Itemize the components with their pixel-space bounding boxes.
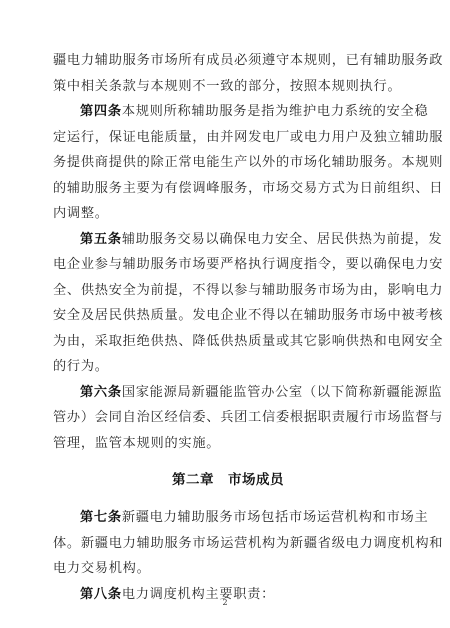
text-line: 内调整。 bbox=[53, 201, 403, 227]
page-number: 2 bbox=[0, 598, 450, 607]
text-line: 国家能源局新疆能监管办公室（以下简称新疆能源监 bbox=[122, 385, 443, 400]
text-line: 新疆电力辅助服务市场包括市场运营机构和市场主 bbox=[122, 510, 429, 525]
article-6: 第六条国家能源局新疆能监管办公室（以下简称新疆能源监 管办）会同自治区经信委、兵… bbox=[53, 380, 403, 457]
text-line: 策中相关条款与本规则不一致的部分，按照本规则执行。 bbox=[53, 74, 403, 100]
text-line: 的行为。 bbox=[53, 354, 403, 380]
text-line: 务提供商提供的除正常电能生产以外的市场化辅助服务。本规则 bbox=[53, 150, 403, 176]
text-line: 管理，监管本规则的实施。 bbox=[53, 431, 403, 457]
chapter-heading: 第二章市场成员 bbox=[53, 468, 403, 493]
chapter-title: 市场成员 bbox=[228, 472, 284, 488]
article-heading: 第五条 bbox=[80, 232, 122, 247]
text-line: 全、供热安全为前提，不得以参与辅助服务市场为由，影响电力 bbox=[53, 278, 403, 304]
text-line: 电企业参与辅助服务市场要严格执行调度指令，要以确保电力安 bbox=[53, 252, 403, 278]
article-heading: 第六条 bbox=[80, 385, 122, 400]
article-4: 第四条本规则所称辅助服务是指为维护电力系统的安全稳 定运行，保证电能质量，由并网… bbox=[53, 99, 403, 227]
text-line: 电力交易机构。 bbox=[53, 556, 403, 582]
text-line: 为由，采取拒绝供热、降低供热质量或其它影响供热和电网安全 bbox=[53, 329, 403, 355]
text-line: 疆电力辅助服务市场所有成员必须遵守本规则，已有辅助服务政 bbox=[53, 48, 403, 74]
article-heading: 第四条 bbox=[80, 104, 122, 119]
text-line: 安全及居民供热质量。发电企业不得以在辅助服务市场中被考核 bbox=[53, 303, 403, 329]
text-line: 辅助服务交易以确保电力安全、居民供热为前提，发 bbox=[122, 232, 443, 247]
text-line: 定运行，保证电能质量，由并网发电厂或电力用户及独立辅助服 bbox=[53, 125, 403, 151]
text-line: 管办）会同自治区经信委、兵团工信委根据职责履行市场监督与 bbox=[53, 405, 403, 431]
document-page: 疆电力辅助服务市场所有成员必须遵守本规则，已有辅助服务政 策中相关条款与本规则不… bbox=[53, 48, 403, 607]
article-heading: 第七条 bbox=[80, 510, 122, 525]
text-line: 的辅助服务主要为有偿调峰服务，市场交易方式为日前组织、日 bbox=[53, 176, 403, 202]
text-line: 体。新疆电力辅助服务市场运营机构为新疆省级电力调度机构和 bbox=[53, 531, 403, 557]
text-line: 本规则所称辅助服务是指为维护电力系统的安全稳 bbox=[122, 104, 429, 119]
chapter-number: 第二章 bbox=[172, 472, 214, 488]
paragraph-continuation: 疆电力辅助服务市场所有成员必须遵守本规则，已有辅助服务政 策中相关条款与本规则不… bbox=[53, 48, 403, 99]
article-7: 第七条新疆电力辅助服务市场包括市场运营机构和市场主 体。新疆电力辅助服务市场运营… bbox=[53, 505, 403, 582]
article-5: 第五条辅助服务交易以确保电力安全、居民供热为前提，发 电企业参与辅助服务市场要严… bbox=[53, 227, 403, 380]
